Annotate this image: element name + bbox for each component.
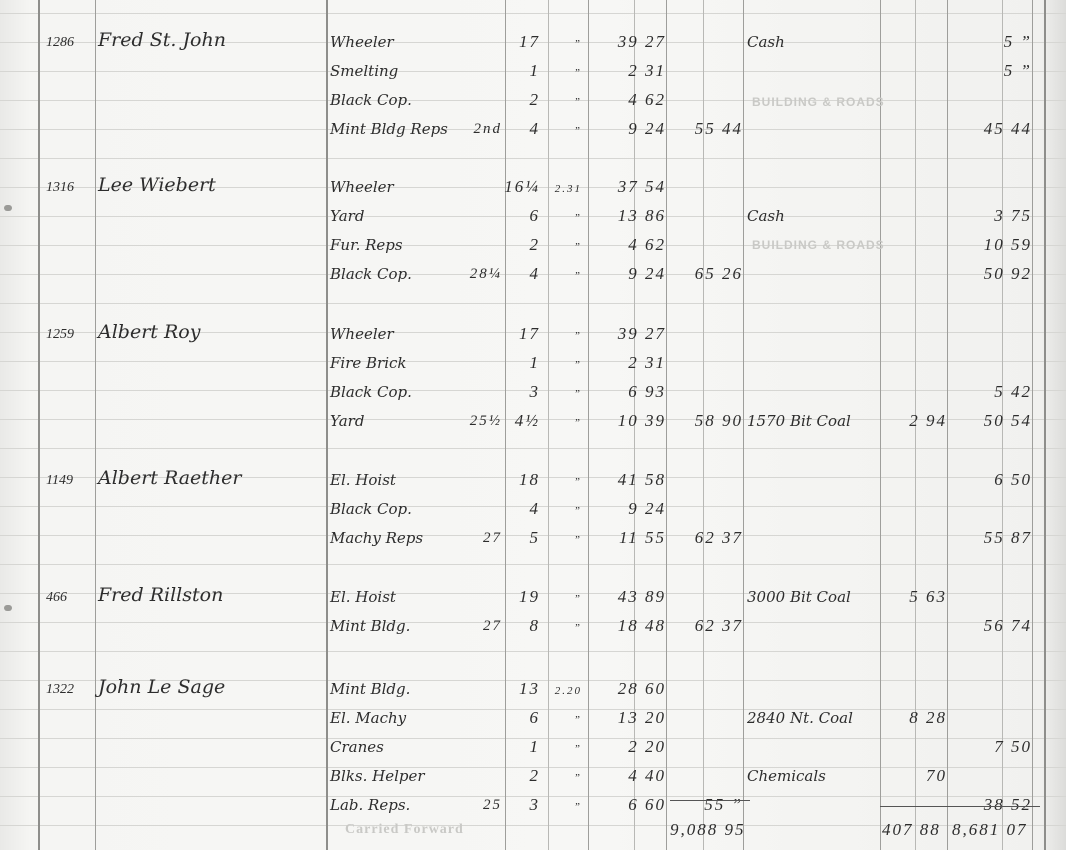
deduction-total: 407 88 bbox=[882, 820, 941, 840]
employee-number: 1259 bbox=[46, 325, 74, 345]
line-balance: 5 ” bbox=[1004, 32, 1032, 52]
column-rule bbox=[1032, 0, 1033, 850]
carried-forward-label: Carried Forward bbox=[345, 822, 464, 838]
employee-name: John Le Sage bbox=[98, 677, 225, 697]
employee-number: 1149 bbox=[46, 471, 73, 491]
line-rate: ” bbox=[574, 266, 582, 286]
line-description: Cranes bbox=[330, 737, 384, 757]
column-rule bbox=[666, 0, 667, 850]
line-rate: ” bbox=[574, 472, 582, 492]
line-rate: ” bbox=[574, 797, 582, 817]
line-quantity: 18 bbox=[519, 470, 540, 490]
line-amount: 37 54 bbox=[618, 177, 666, 197]
line-rate: ” bbox=[574, 768, 582, 788]
employee-name: Albert Roy bbox=[98, 322, 200, 342]
line-amount: 9 24 bbox=[628, 264, 666, 284]
line-amount: 43 89 bbox=[618, 587, 666, 607]
line-balance: 5 ” bbox=[1004, 61, 1032, 81]
line-rate: ” bbox=[574, 121, 582, 141]
line-balance: 38 52 bbox=[984, 795, 1032, 815]
line-description: Fire Brick bbox=[330, 353, 407, 373]
line-quantity: 1 bbox=[530, 61, 541, 81]
line-quantity: 4 bbox=[530, 499, 541, 519]
column-rule bbox=[1044, 0, 1046, 850]
line-description: Smelting bbox=[330, 61, 398, 81]
line-description: Black Cop. bbox=[330, 499, 412, 519]
line-rate: ” bbox=[574, 618, 582, 638]
line-subtotal: 65 26 bbox=[695, 264, 743, 284]
line-note: 27 bbox=[483, 616, 502, 636]
line-description: El. Machy bbox=[330, 708, 406, 728]
line-rate: ” bbox=[574, 710, 582, 730]
line-rate: ” bbox=[574, 384, 582, 404]
line-balance: 10 59 bbox=[984, 235, 1032, 255]
line-rate: ” bbox=[574, 237, 582, 257]
deduction-amount: 5 63 bbox=[909, 587, 947, 607]
line-amount: 39 27 bbox=[618, 324, 666, 344]
line-balance: 50 54 bbox=[984, 411, 1032, 431]
column-rule bbox=[588, 0, 589, 850]
line-description: Black Cop. bbox=[330, 90, 412, 110]
column-rule bbox=[548, 0, 549, 850]
line-amount: 28 60 bbox=[618, 679, 666, 699]
ruled-line bbox=[0, 651, 1066, 652]
line-quantity: 4 bbox=[530, 264, 541, 284]
column-rule bbox=[743, 0, 744, 850]
bleed-through-print: BUILDING & ROADS bbox=[752, 238, 885, 252]
line-description: Wheeler bbox=[330, 324, 394, 344]
line-amount: 9 24 bbox=[628, 499, 666, 519]
employee-number: 1286 bbox=[46, 33, 74, 53]
line-quantity: 3 bbox=[530, 795, 541, 815]
balance-total: 8,681 07 bbox=[952, 820, 1028, 840]
line-subtotal: 55 ” bbox=[704, 795, 743, 815]
line-description: El. Hoist bbox=[330, 470, 396, 490]
employee-number: 1322 bbox=[46, 680, 74, 700]
deduction-amount: 70 bbox=[926, 766, 947, 786]
line-note: 27 bbox=[483, 528, 502, 548]
deduction-amount: 2 94 bbox=[909, 411, 947, 431]
line-balance: 5 42 bbox=[994, 382, 1032, 402]
line-quantity: 6 bbox=[530, 708, 541, 728]
line-note: 25½ bbox=[470, 411, 502, 431]
line-description: Mint Bldg. bbox=[330, 616, 410, 636]
line-rate: ” bbox=[574, 92, 582, 112]
ruled-line bbox=[0, 158, 1066, 159]
line-amount: 9 24 bbox=[628, 119, 666, 139]
line-rate: 2.20 bbox=[555, 681, 582, 701]
deduction-description: Chemicals bbox=[747, 766, 826, 786]
employee-name: Albert Raether bbox=[98, 468, 241, 488]
line-amount: 4 62 bbox=[628, 90, 666, 110]
ledger-page: BUILDING & ROADS BUILDING & ROADS Carrie… bbox=[0, 0, 1066, 850]
line-rate: ” bbox=[574, 208, 582, 228]
line-balance: 7 50 bbox=[994, 737, 1032, 757]
line-description: Black Cop. bbox=[330, 264, 412, 284]
deduction-amount: 8 28 bbox=[909, 708, 947, 728]
ruled-line bbox=[0, 448, 1066, 449]
line-description: Mint Bldg. bbox=[330, 679, 410, 699]
line-description: Black Cop. bbox=[330, 382, 412, 402]
employee-name: Fred Rillston bbox=[98, 585, 223, 605]
line-description: Yard bbox=[330, 411, 364, 431]
line-subtotal: 62 37 bbox=[695, 528, 743, 548]
line-quantity: 13 bbox=[519, 679, 540, 699]
line-quantity: 1 bbox=[530, 737, 541, 757]
line-amount: 4 40 bbox=[628, 766, 666, 786]
line-rate: 2.31 bbox=[555, 179, 582, 199]
line-description: Mint Bldg Reps bbox=[330, 119, 448, 139]
deduction-description: 1570 Bit Coal bbox=[747, 411, 851, 431]
line-quantity: 16¼ bbox=[504, 177, 540, 197]
line-balance: 56 74 bbox=[984, 616, 1032, 636]
line-balance: 50 92 bbox=[984, 264, 1032, 284]
line-subtotal: 62 37 bbox=[695, 616, 743, 636]
ruled-line bbox=[0, 564, 1066, 565]
line-description: Blks. Helper bbox=[330, 766, 425, 786]
line-note: 25 bbox=[483, 795, 502, 815]
deduction-description: 3000 Bit Coal bbox=[747, 587, 851, 607]
line-rate: ” bbox=[574, 530, 582, 550]
employee-number: 466 bbox=[46, 588, 67, 608]
line-rate: ” bbox=[574, 34, 582, 54]
line-balance: 45 44 bbox=[984, 119, 1032, 139]
line-amount: 6 93 bbox=[628, 382, 666, 402]
line-quantity: 19 bbox=[519, 587, 540, 607]
employee-name: Lee Wiebert bbox=[98, 175, 216, 195]
binding-hole bbox=[4, 205, 12, 211]
ruled-line bbox=[0, 13, 1066, 14]
line-description: Yard bbox=[330, 206, 364, 226]
line-amount: 18 48 bbox=[618, 616, 666, 636]
line-amount: 11 55 bbox=[619, 528, 666, 548]
line-note: 28¼ bbox=[470, 264, 502, 284]
line-amount: 6 60 bbox=[628, 795, 666, 815]
line-description: Wheeler bbox=[330, 177, 394, 197]
line-rate: ” bbox=[574, 501, 582, 521]
line-rate: ” bbox=[574, 739, 582, 759]
column-rule bbox=[38, 0, 40, 850]
line-rate: ” bbox=[574, 326, 582, 346]
line-quantity: 17 bbox=[519, 324, 540, 344]
line-quantity: 8 bbox=[530, 616, 541, 636]
line-quantity: 2 bbox=[530, 90, 541, 110]
total-rule bbox=[880, 806, 1040, 807]
line-quantity: 1 bbox=[530, 353, 541, 373]
subtotal-rule bbox=[670, 800, 750, 801]
line-balance: 55 87 bbox=[984, 528, 1032, 548]
line-description: Fur. Reps bbox=[330, 235, 403, 255]
bleed-through-print: BUILDING & ROADS bbox=[752, 95, 885, 109]
line-description: Wheeler bbox=[330, 32, 394, 52]
line-balance: 3 75 bbox=[994, 206, 1032, 226]
line-quantity: 4½ bbox=[515, 411, 540, 431]
line-quantity: 17 bbox=[519, 32, 540, 52]
line-amount: 2 20 bbox=[628, 737, 666, 757]
line-subtotal: 55 44 bbox=[695, 119, 743, 139]
line-quantity: 4 bbox=[530, 119, 541, 139]
line-description: El. Hoist bbox=[330, 587, 396, 607]
line-quantity: 6 bbox=[530, 206, 541, 226]
line-rate: ” bbox=[574, 413, 582, 433]
line-rate: ” bbox=[574, 355, 582, 375]
employee-number: 1316 bbox=[46, 178, 74, 198]
employee-name: Fred St. John bbox=[98, 30, 226, 50]
line-quantity: 3 bbox=[530, 382, 541, 402]
column-rule bbox=[947, 0, 948, 850]
line-amount: 10 39 bbox=[618, 411, 666, 431]
binding-hole bbox=[4, 605, 12, 611]
column-rule bbox=[326, 0, 328, 850]
deduction-description: Cash bbox=[747, 32, 785, 52]
line-amount: 41 58 bbox=[618, 470, 666, 490]
line-amount: 4 62 bbox=[628, 235, 666, 255]
line-rate: ” bbox=[574, 63, 582, 83]
line-amount: 39 27 bbox=[618, 32, 666, 52]
line-amount: 2 31 bbox=[628, 353, 666, 373]
deduction-description: Cash bbox=[747, 206, 785, 226]
line-quantity: 2 bbox=[530, 235, 541, 255]
line-amount: 2 31 bbox=[628, 61, 666, 81]
line-quantity: 5 bbox=[530, 528, 541, 548]
line-description: Lab. Reps. bbox=[330, 795, 410, 815]
deduction-description: 2840 Nt. Coal bbox=[747, 708, 853, 728]
line-amount: 13 20 bbox=[618, 708, 666, 728]
line-rate: ” bbox=[574, 589, 582, 609]
line-balance: 6 50 bbox=[994, 470, 1032, 490]
line-subtotal: 58 90 bbox=[695, 411, 743, 431]
line-amount: 13 86 bbox=[618, 206, 666, 226]
column-rule bbox=[95, 0, 96, 850]
line-note: 2nd bbox=[474, 119, 503, 139]
ruled-line bbox=[0, 303, 1066, 304]
column-rule bbox=[880, 0, 881, 850]
column-rule bbox=[505, 0, 506, 850]
line-quantity: 2 bbox=[530, 766, 541, 786]
subtotal-total: 9,088 95 bbox=[670, 820, 746, 840]
line-description: Machy Reps bbox=[330, 528, 423, 548]
